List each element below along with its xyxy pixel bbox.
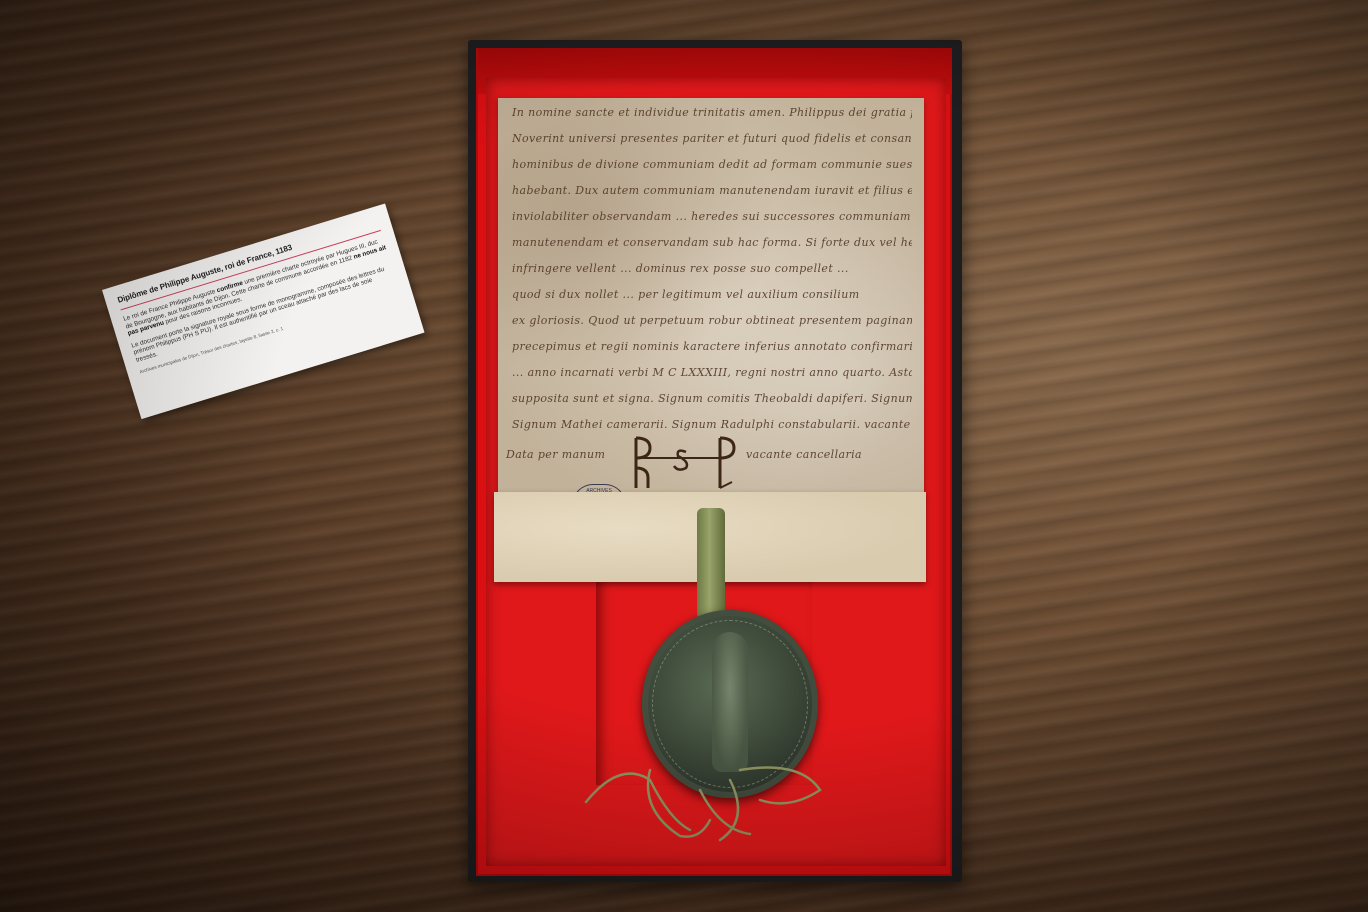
charter-parchment: In nomine sancte et individue trinitatis… xyxy=(498,98,924,498)
silk-cord xyxy=(697,508,725,620)
script-line: manutenendam et conservandam sub hac for… xyxy=(512,236,912,250)
script-line: In nomine sancte et individue trinitatis… xyxy=(512,106,912,120)
script-line: ex gloriosis. Quod ut perpetuum robur ob… xyxy=(512,314,912,328)
script-line: Signum Mathei camerarii. Signum Radulphi… xyxy=(512,418,912,432)
script-line: ... anno incarnati verbi M C LXXXIII, re… xyxy=(512,366,912,380)
script-line: infringere vellent ... dominus rex posse… xyxy=(512,262,912,276)
closing-left: Data per manum xyxy=(506,448,616,462)
cord-strings-icon xyxy=(580,740,840,850)
script-line: hominibus de divione communiam dedit ad … xyxy=(512,158,912,172)
script-line: precepimus et regii nominis karactere in… xyxy=(512,340,912,354)
script-line: habebant. Dux autem communiam manutenend… xyxy=(512,184,912,198)
script-line: Noverint universi presentes pariter et f… xyxy=(512,132,912,146)
label-card: Diplôme de Philippe Auguste, roi de Fran… xyxy=(102,203,425,419)
royal-monogram-icon xyxy=(628,434,738,490)
script-line: supposita sunt et signa. Signum comitis … xyxy=(512,392,912,406)
script-line: quod si dux nollet ... per legitimum vel… xyxy=(512,288,912,302)
script-line: inviolabiliter observandam ... heredes s… xyxy=(512,210,912,224)
closing-right: vacante cancellaria xyxy=(746,448,906,462)
photo-scene: Diplôme de Philippe Auguste, roi de Fran… xyxy=(0,0,1368,912)
